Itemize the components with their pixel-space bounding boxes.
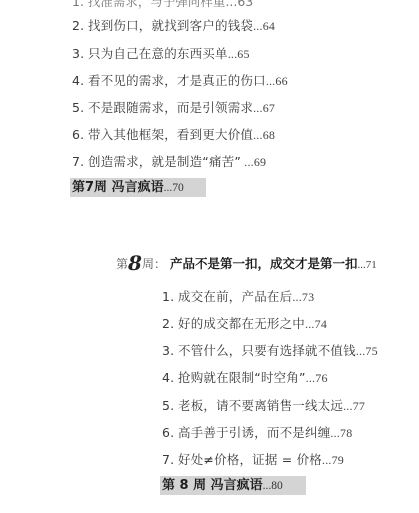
page-number: ...71	[357, 259, 376, 271]
toc-item[interactable]: 7.创造需求，就是制造“痛苦” ...69	[72, 152, 266, 170]
page-number: ...68	[253, 128, 275, 142]
toc-item[interactable]: 5.老板，请不要离销售一线太远...77	[162, 396, 365, 414]
page-number: ...76	[306, 371, 328, 385]
toc-item[interactable]: 6.高手善于引诱，而不是纠缠...78	[162, 423, 352, 441]
page-number: ...67	[253, 101, 275, 115]
page-number: ...79	[322, 453, 344, 467]
toc-item[interactable]: 3.只为自己在意的东西买单...65	[72, 44, 250, 62]
page-number: ...73	[292, 290, 314, 304]
toc-item[interactable]: 2.好的成交都在无形之中...74	[162, 314, 327, 332]
page-number: ...69	[241, 155, 266, 169]
toc-item[interactable]: 4.看不见的需求，才是真正的伤口...66	[72, 71, 288, 89]
page-number: ...70	[164, 182, 184, 194]
week-title: 产品不是第一扣，成交才是第一扣	[170, 256, 358, 271]
toc-item[interactable]: 4.抢购就在限制“时空角”...76	[162, 368, 328, 386]
page-number: ...78	[330, 426, 352, 440]
toc-item[interactable]: 3.不管什么，只要有选择就不值钱...75	[162, 341, 378, 359]
page-number: ...75	[356, 344, 378, 358]
week7-sayings-highlight[interactable]: 第7周 冯言疯语...70	[70, 178, 206, 197]
week8-heading[interactable]: 第8周： 产品不是第一扣，成交才是第一扣...71	[116, 251, 377, 275]
table-of-contents-page: 1. 找准需求，与子弹同样重...63 2.找到伤口，就找到客户的钱袋...64…	[0, 0, 419, 513]
page-number: ...77	[343, 399, 365, 413]
toc-item[interactable]: 5.不是跟随需求，而是引领需求...67	[72, 98, 275, 116]
toc-item[interactable]: 7.好处≠价格，证据 = 价格...79	[162, 450, 344, 468]
toc-item-partial: 1. 找准需求，与子弹同样重...63	[72, 0, 253, 10]
toc-item[interactable]: 2.找到伤口，就找到客户的钱袋...64	[72, 16, 275, 34]
week-number: 8	[128, 251, 142, 275]
page-number: ...66	[266, 74, 288, 88]
week8-sayings-highlight[interactable]: 第 8 周 冯言疯语...80	[160, 476, 306, 495]
page-number: ...80	[263, 480, 283, 492]
toc-item[interactable]: 1.成交在前，产品在后...73	[162, 287, 314, 305]
page-number: ...74	[305, 317, 327, 331]
toc-item[interactable]: 6.带入其他框架，看到更大价值...68	[72, 125, 275, 143]
page-number: ...64	[253, 19, 275, 33]
page-number: ...65	[228, 47, 250, 61]
